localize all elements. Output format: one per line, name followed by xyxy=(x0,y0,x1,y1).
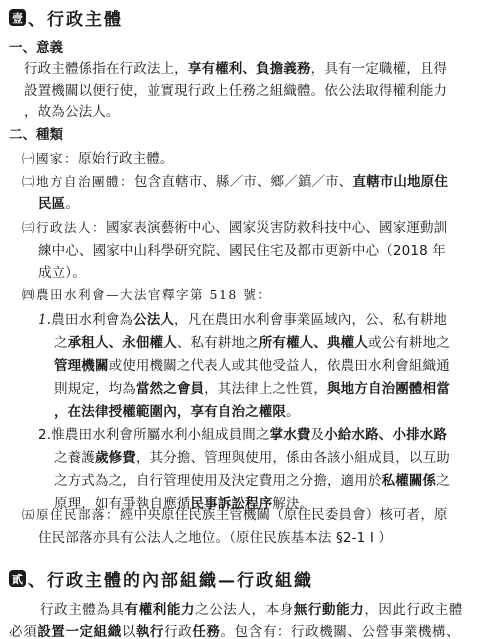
item-text: 包含直轄市、縣／市、鄉／鎮／市、直轄市山地原住 xyxy=(134,174,448,190)
type-item-admin-corp-line-3: 成立）。 xyxy=(38,261,86,281)
emphasis-text: 民區 xyxy=(38,196,65,212)
subitem-text: 農田水利會為公法人，凡在農田水利會事業區域內，公、私有耕地 xyxy=(51,312,447,328)
emphasis-text: 直轄市山地原住 xyxy=(352,174,448,190)
emphasis-text: 掌水費 xyxy=(270,427,311,443)
item-marker: ㈣ xyxy=(22,287,36,302)
subitem-1-line-5: ，在法律授權範圍內，享有自治之權限。 xyxy=(54,400,300,420)
subitem-1-line-3: 管理機關或使用機關之代表人或其他受益人，依農田水利會組織通 xyxy=(54,354,450,374)
emphasis-text: 設置一定組織 xyxy=(37,624,122,639)
section-number-badge-icon: 貳 xyxy=(9,570,26,587)
item-label: 國家： xyxy=(36,151,78,166)
item-marker: ㈤ xyxy=(22,507,36,522)
emphasis-text: 與地方自治團體相當 xyxy=(327,381,450,397)
emphasis-text: 當然之會員 xyxy=(136,381,204,397)
meaning-line-3: ，故為公法人。 xyxy=(24,100,120,120)
subitem-2-line-1: 2.惟農田水利會所屬水利小組成員間之掌水費及小給水路、小排水路 xyxy=(38,423,447,443)
section-2-paragraph-line-1: 行政主體為具有權利能力之公法人，本身無行動能力，因此行政主體 xyxy=(40,598,463,618)
subitem-number: 2. xyxy=(38,427,51,443)
subitem-1-line-2: 之承租人、永佃權人、私有耕地之所有權人、典權人或公有耕地之 xyxy=(54,331,450,351)
emphasis-text: 管理機關 xyxy=(54,358,109,374)
type-item-local-government-cont: 民區。 xyxy=(38,192,79,212)
item-label: 農田水利會—大法官釋字第 518 號： xyxy=(36,287,271,302)
item-label: 行政法人： xyxy=(36,220,106,235)
section-2-title: 、行政主體的內部組織—行政組織 xyxy=(28,566,313,591)
document-page: 壹 、行政主體 一、意義 行政主體係指在行政法上，享有權利、負擔義務，具有一定職… xyxy=(0,0,485,639)
emphasis-text: 任務 xyxy=(192,624,220,639)
emphasis-text: 無行動能力 xyxy=(294,602,365,618)
item-label: 原住民部落： xyxy=(36,507,120,522)
emphasis-text: 所有權人、典權人 xyxy=(259,335,368,351)
meaning-line-1: 行政主體係指在行政法上，享有權利、負擔義務，具有一定職權，且得 xyxy=(24,57,447,77)
subheading-types: 二、種類 xyxy=(9,123,63,143)
emphasis-text: 有權利能力 xyxy=(125,602,196,618)
type-item-administrative-corporation: ㈢行政法人：國家表演藝術中心、國家災害防救科技中心、國家運動訓 xyxy=(22,216,447,236)
item-marker: ㈢ xyxy=(22,220,36,235)
emphasis-text: 小給水路、小排水路 xyxy=(324,427,447,443)
emphasis-text: 公法人 xyxy=(133,312,174,328)
emphasis-text: 承租人、永佃權人 xyxy=(68,335,177,351)
item-label: 地方自治團體： xyxy=(36,174,134,189)
type-item-indigenous-tribe: ㈤原住民部落：經中央原住民族主管機關（原住民委員會）核可者，原 xyxy=(22,503,448,523)
section-1-title: 、行政主體 xyxy=(28,5,123,30)
subitem-number: 1. xyxy=(38,312,51,328)
type-item-state: ㈠國家：原始行政主體。 xyxy=(22,147,174,167)
subitem-2-line-2: 之養護歲修費，其分擔、管理與使用，係由各該小組成員，以互助 xyxy=(54,446,450,466)
meaning-line-2: 設置機關以便行使，並實現行政上任務之組織體。依公法取得權利能力 xyxy=(24,79,447,99)
type-item-admin-corp-line-2: 練中心、國家中山科學研究院、國民住宅及都市更新中心（2018 年 xyxy=(38,239,446,259)
item-text: 國家表演藝術中心、國家災害防救科技中心、國家運動訓 xyxy=(106,220,447,236)
emphasis-text: 執行 xyxy=(136,624,164,639)
subitem-text: 惟農田水利會所屬水利小組成員間之掌水費及小給水路、小排水路 xyxy=(51,427,447,443)
type-item-indigenous-tribe-cont: 住民部落亦具有公法人之地位。（原住民族基本法 §2-1 I ） xyxy=(38,526,392,546)
emphasis-text: 歲修費 xyxy=(95,450,136,466)
item-text: 原始行政主體。 xyxy=(78,151,174,167)
type-item-local-government: ㈡地方自治團體：包含直轄市、縣／市、鄉／鎮／市、直轄市山地原住 xyxy=(22,170,448,190)
subitem-1-line-1: 1.農田水利會為公法人，凡在農田水利會事業區域內，公、私有耕地 xyxy=(38,308,447,328)
section-2-paragraph-line-2: 必須設置一定組織以執行行政任務。包含有：行政機關、公營事業機構、 xyxy=(9,620,460,639)
emphasis-text: 享有權利、負擔義務 xyxy=(188,61,311,77)
subitem-2-line-3: 之方式為之，自行管理使用及決定費用之分擔，適用於私權關係之 xyxy=(54,469,450,489)
subitem-1-line-4: 則規定，均為當然之會員，其法律上之性質，與地方自治團體相當 xyxy=(54,377,450,397)
subheading-meaning: 一、意義 xyxy=(9,36,63,56)
item-marker: ㈠ xyxy=(22,151,36,166)
section-1-heading: 壹 、行政主體 xyxy=(9,5,123,30)
emphasis-text: 私權關係 xyxy=(382,473,437,489)
type-item-irrigation-association: ㈣農田水利會—大法官釋字第 518 號： xyxy=(22,285,271,303)
item-text: 經中央原住民族主管機關（原住民委員會）核可者，原 xyxy=(120,507,448,523)
section-number-badge-icon: 壹 xyxy=(9,9,26,26)
emphasis-text: ，在法律授權範圍內，享有自治之權限 xyxy=(54,404,286,420)
item-marker: ㈡ xyxy=(22,174,36,189)
section-2-heading: 貳 、行政主體的內部組織—行政組織 xyxy=(9,566,313,591)
